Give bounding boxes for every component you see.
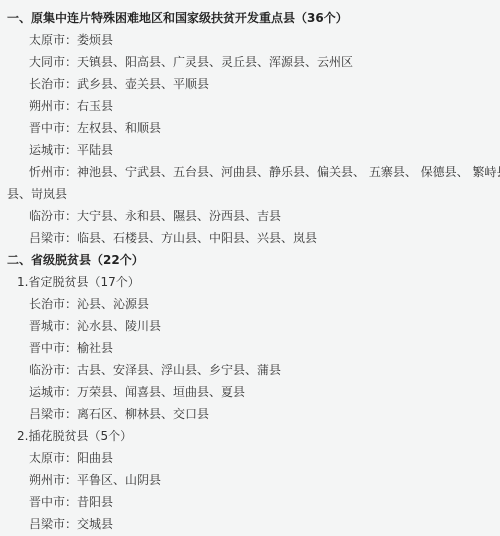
list-item: 吕梁市：交城县 [0, 513, 500, 535]
list-item: 忻州市：神池县、宁武县、五台县、河曲县、静乐县、偏关县、 五寨县、 保德县、 繁… [0, 161, 500, 183]
list-item: 长治市：武乡县、壶关县、平顺县 [0, 73, 500, 95]
section-1-heading: 一、原集中连片特殊困难地区和国家级扶贫开发重点县（36个） [0, 7, 500, 29]
list-item: 吕梁市：临县、石楼县、方山县、中阳县、兴县、岚县 [0, 227, 500, 249]
list-item: 晋城市：沁水县、陵川县 [0, 315, 500, 337]
list-item: 太原市：阳曲县 [0, 447, 500, 469]
section-2-heading: 二、省级脱贫县（22个） [0, 249, 500, 271]
list-item: 长治市：沁县、沁源县 [0, 293, 500, 315]
list-item: 晋中市：榆社县 [0, 337, 500, 359]
subsection-2-heading: 2.插花脱贫县（5个） [0, 425, 500, 447]
list-item: 大同市：天镇县、阳高县、广灵县、灵丘县、浑源县、云州区 [0, 51, 500, 73]
list-item: 运城市：万荣县、闻喜县、垣曲县、夏县 [0, 381, 500, 403]
list-item: 朔州市：平鲁区、山阴县 [0, 469, 500, 491]
list-item: 运城市：平陆县 [0, 139, 500, 161]
list-item: 临汾市：古县、安泽县、浮山县、乡宁县、蒲县 [0, 359, 500, 381]
list-item: 太原市：娄烦县 [0, 29, 500, 51]
list-item: 吕梁市：离石区、柳林县、交口县 [0, 403, 500, 425]
list-item: 晋中市：昔阳县 [0, 491, 500, 513]
list-item-continuation: 县、岢岚县 [0, 183, 500, 205]
list-item: 朔州市：右玉县 [0, 95, 500, 117]
list-item: 临汾市：大宁县、永和县、隰县、汾西县、吉县 [0, 205, 500, 227]
list-item: 晋中市：左权县、和顺县 [0, 117, 500, 139]
subsection-1-heading: 1.省定脱贫县（17个） [0, 271, 500, 293]
document: 一、原集中连片特殊困难地区和国家级扶贫开发重点县（36个） 太原市：娄烦县 大同… [0, 0, 500, 535]
